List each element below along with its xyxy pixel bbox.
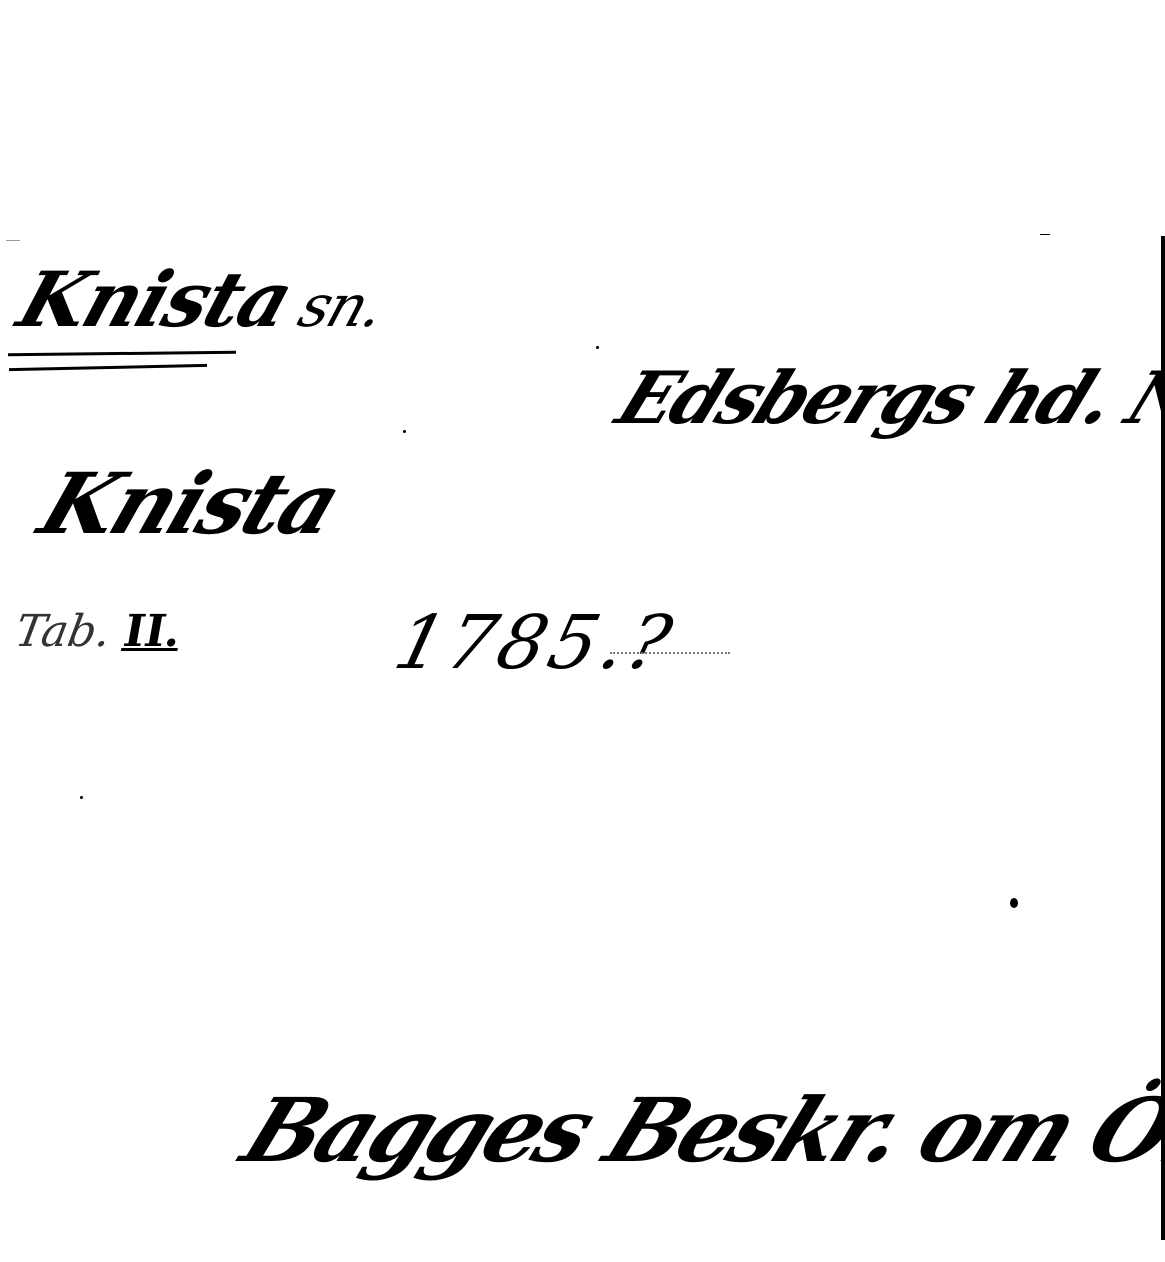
source-citation: Bagges Beskr. om Örebro.: [232, 1086, 1165, 1174]
ink-speck: [1010, 898, 1018, 908]
district-label: Edsbergs hd. Nrk.: [608, 362, 1165, 434]
card-right-border: [1161, 236, 1165, 1240]
ink-speck: [80, 796, 83, 799]
heading-double-underline: [9, 364, 207, 371]
year: 1785.?: [388, 606, 682, 680]
table-prefix: Tab.: [11, 606, 114, 657]
heading-underline: [8, 351, 236, 356]
parish-name: Knista: [8, 255, 302, 344]
parish-suffix: sn.: [291, 272, 393, 340]
scan-mark: [1040, 234, 1050, 235]
scan-mark: [6, 240, 20, 241]
index-card: Knistasn. Edsbergs hd. Nrk. Knista Tab. …: [0, 0, 1165, 1262]
ink-speck: [596, 346, 599, 349]
place-name: Knista: [30, 462, 349, 546]
table-reference: Tab. II.: [12, 610, 185, 654]
ink-speck: [403, 430, 406, 433]
table-number: II.: [120, 606, 185, 657]
parish-heading: Knistasn.: [10, 262, 396, 338]
dotted-leader: [610, 652, 730, 654]
